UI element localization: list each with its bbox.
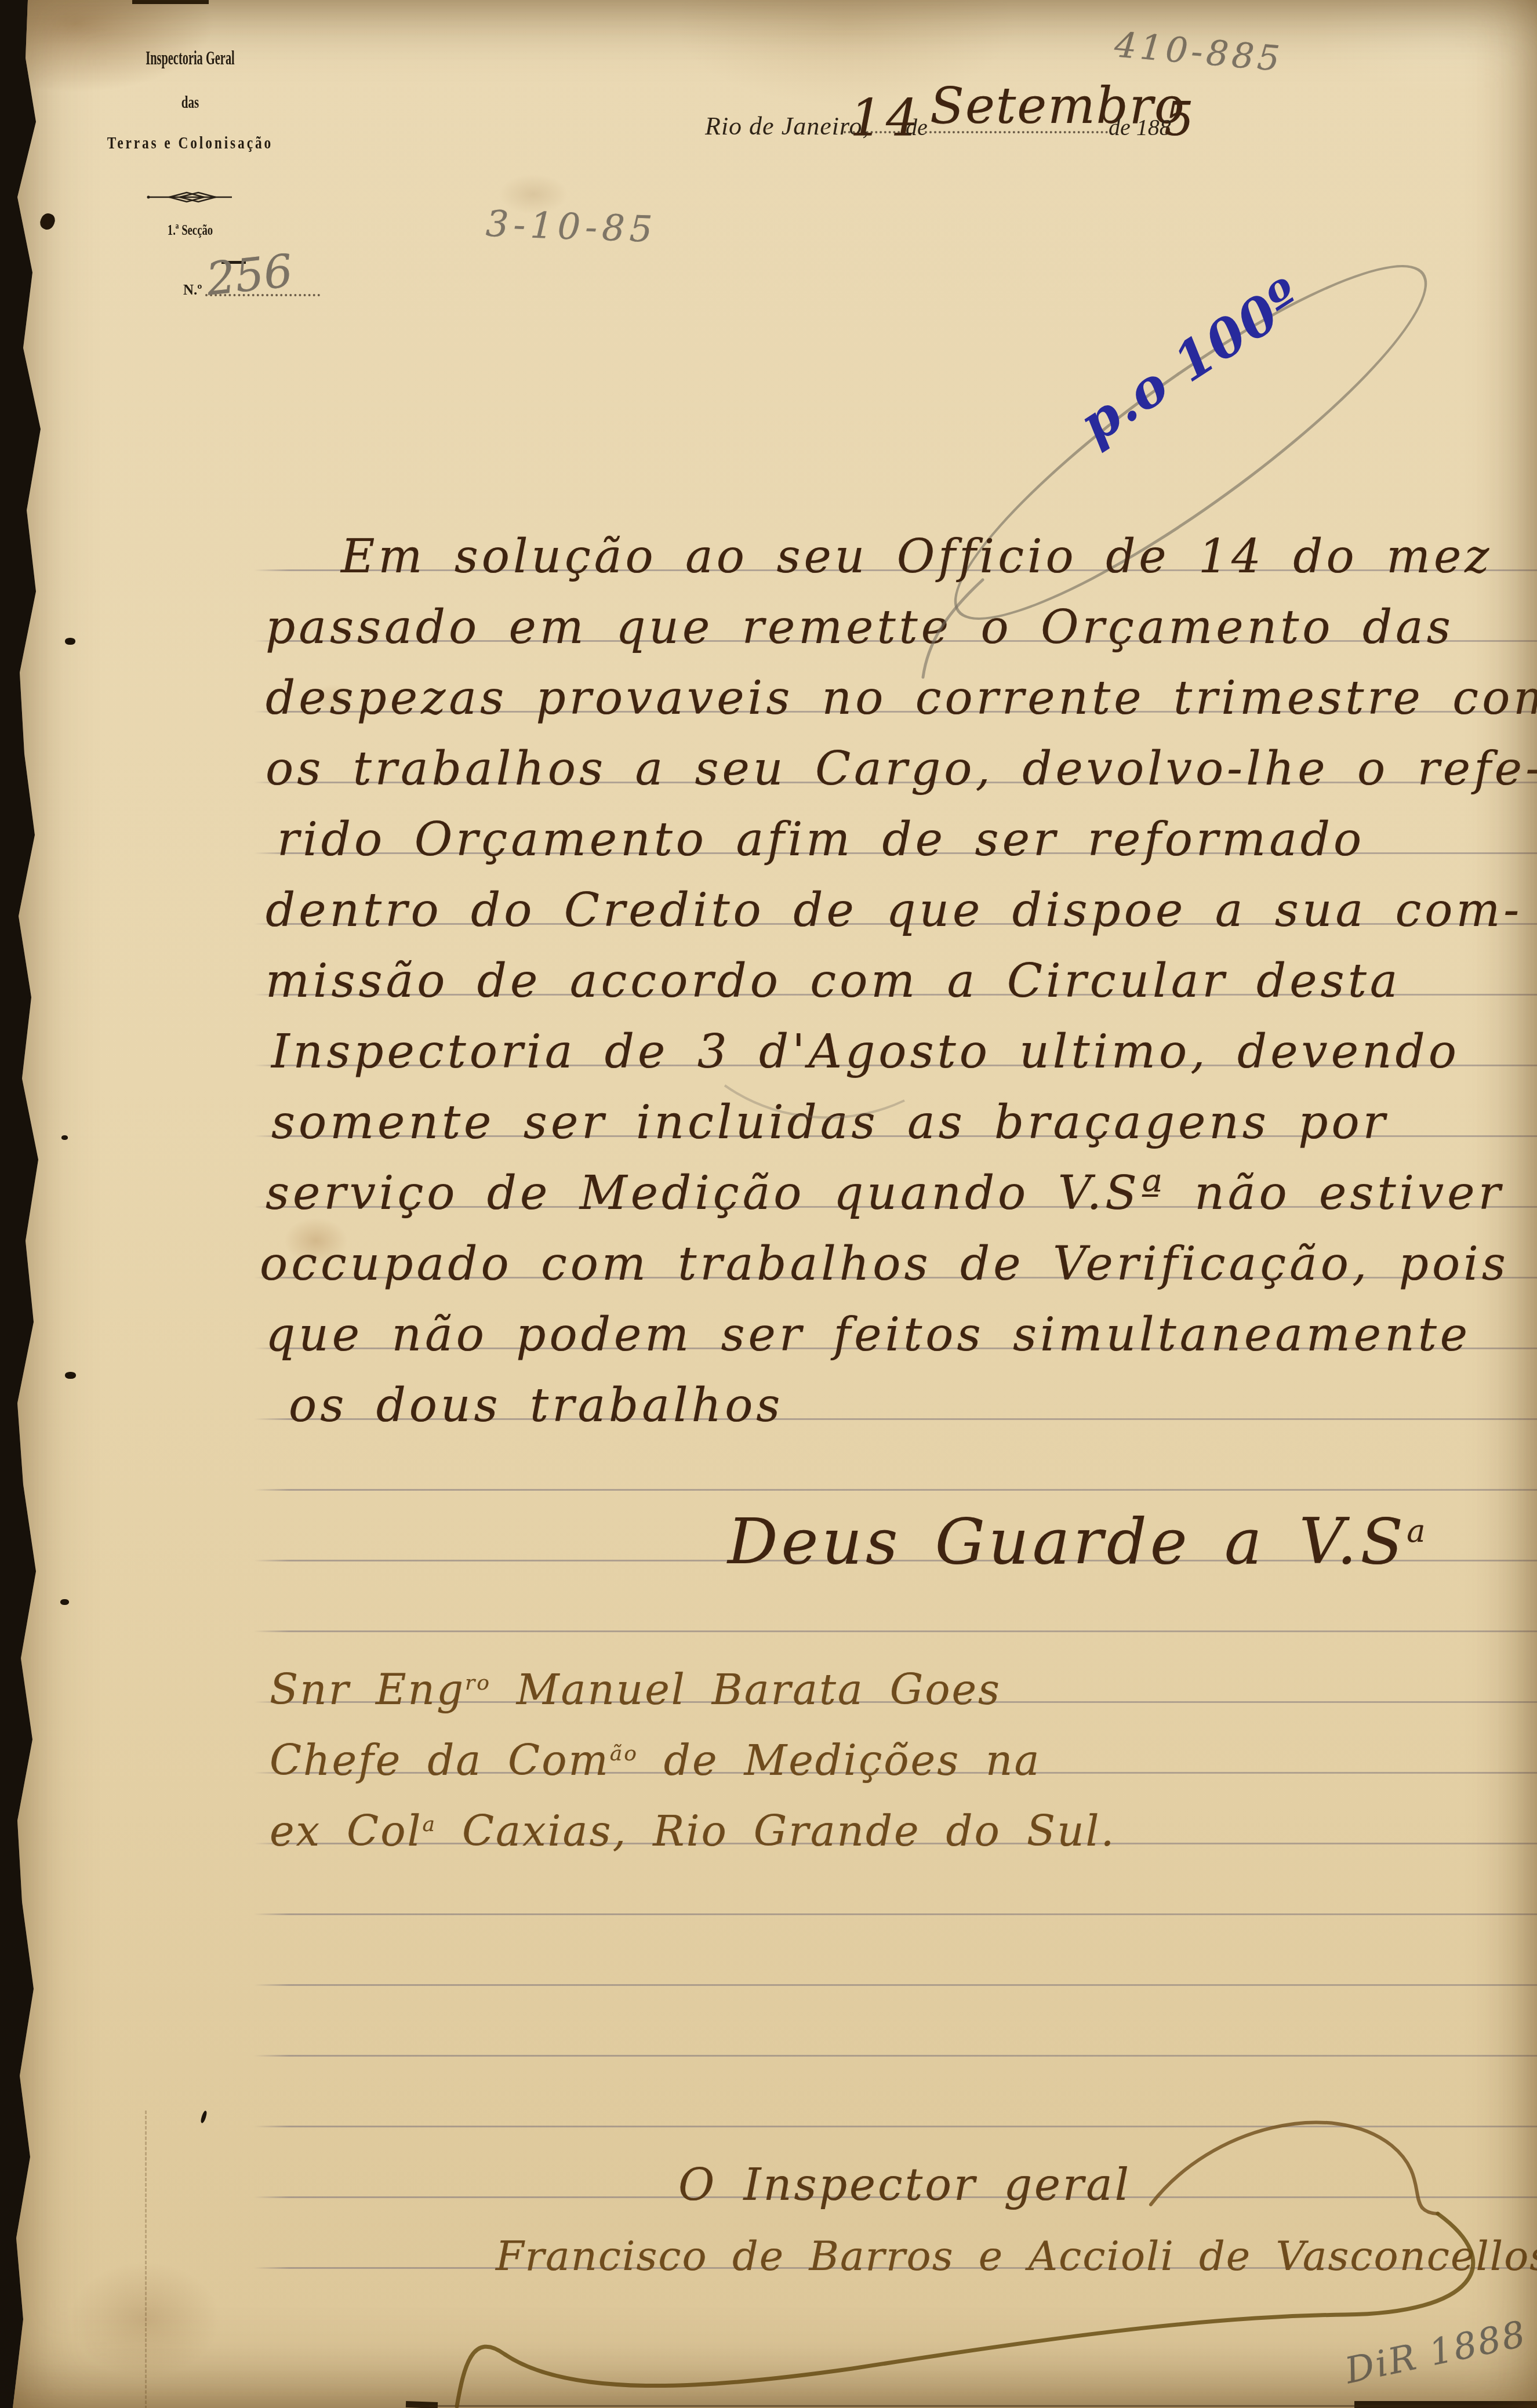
body-line: serviço de Medição quando V.Sª não estiv… [266, 1170, 1504, 1216]
addressee-line-3: ex Cola Caxias, Rio Grande do Sul. [270, 1810, 1115, 1852]
paper-hole [65, 638, 75, 645]
addressee-line-2: Chefe da Comão de Medições na [270, 1739, 1041, 1781]
fold-crease [145, 2111, 147, 2408]
body-line: despezas provaveis no corrente trimestre… [266, 675, 1537, 721]
paper-sheet: Inspectoria Geral das Terras e Colonisaç… [0, 0, 1537, 2408]
addressee-place-pre: ex Col [270, 1807, 423, 1855]
addressee-title-pre: Chefe da Com [270, 1736, 610, 1785]
dateline-year-digit: 5 [1164, 96, 1197, 143]
letterhead-ornament-icon [146, 190, 233, 204]
body-line: passado em que remette o Orçamento das [266, 604, 1454, 651]
letterhead-org-line3: Terras e Colonisação [100, 133, 281, 153]
addressee-name-pre: Snr Eng [270, 1665, 465, 1714]
paper-hole [65, 1372, 76, 1379]
body-line: dentro do Credito de que dispoe a sua co… [266, 887, 1523, 934]
body-line: Inspectoria de 3 d'Agosto ultimo, devend… [271, 1029, 1460, 1075]
signature-name: Francisco de Barros e Accioli de Vasconc… [496, 2236, 1537, 2276]
letterhead-number-value: 256 [204, 248, 295, 302]
dateline-de2: de 188 [1109, 114, 1171, 141]
letterhead-section: 1.ª Secção [107, 221, 274, 239]
letterhead-org-line1: Inspectoria Geral [121, 48, 260, 70]
letterhead-number-label: N.º [183, 282, 202, 299]
closing-salute-text: Deus Guarde a V.S [728, 1506, 1407, 1578]
body-line: que não podem ser feitos simultaneamente [266, 1312, 1471, 1358]
signer-role: O Inspector geral [678, 2163, 1131, 2207]
body-line: occupado com trabalhos de Verificação, p… [260, 1241, 1509, 1287]
addressee-name-post: Manuel Barata Goes [491, 1665, 1001, 1714]
paper-hole [61, 1135, 68, 1140]
addressee-title-post: de Medições na [638, 1736, 1041, 1785]
date-pencil-note: 3-10-85 [485, 206, 657, 248]
body-line: os dous trabalhos [289, 1382, 783, 1429]
closing-salute-sup: a [1407, 1513, 1429, 1549]
addressee-place-sup: a [423, 1813, 437, 1836]
body-line: rido Orçamento afim de ser reformado [277, 816, 1365, 863]
addressee-name-sup: ro [465, 1671, 491, 1695]
closing-salute: Deus Guarde a V.Sa [728, 1511, 1429, 1574]
scanned-letter: Inspectoria Geral das Terras e Colonisaç… [0, 0, 1537, 2408]
paper-hole [60, 1599, 69, 1605]
addressee-line-1: Snr Engro Manuel Barata Goes [270, 1669, 1001, 1710]
letterhead-org-line2: das [109, 93, 271, 112]
body-line: os trabalhos a seu Cargo, devolvo-lhe o … [266, 746, 1537, 792]
addressee-place-post: Caxias, Rio Grande do Sul. [437, 1807, 1115, 1855]
body-line: missão de accordo com a Circular desta [266, 958, 1401, 1004]
addressee-title-sup: ão [610, 1742, 638, 1766]
body-line: somente ser incluidas as braçagens por [271, 1099, 1389, 1146]
body-line: Em solução ao seu Officio de 14 do mez [341, 533, 1493, 580]
